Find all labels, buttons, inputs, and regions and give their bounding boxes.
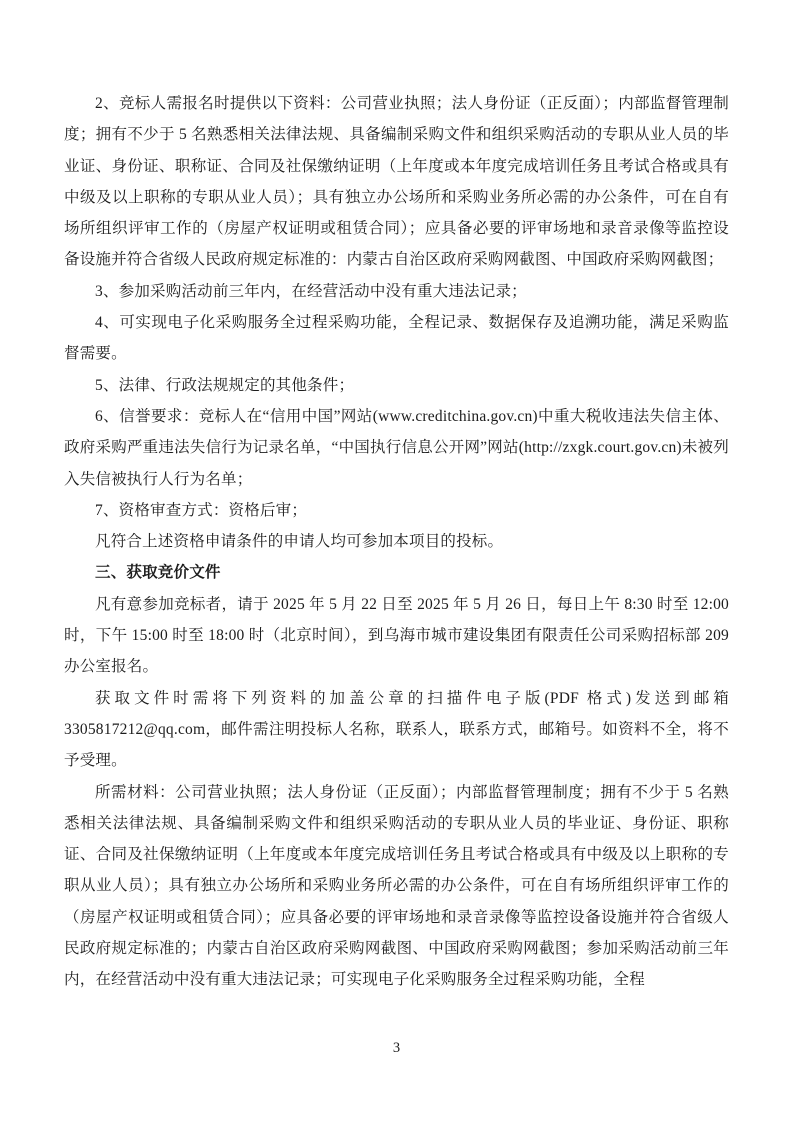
clause-2-bidder-registration-materials: 2、竞标人需报名时提供以下资料：公司营业执照；法人身份证（正反面）；内部监督管理…	[64, 88, 729, 276]
document-body: 2、竞标人需报名时提供以下资料：公司营业执照；法人身份证（正反面）；内部监督管理…	[64, 88, 729, 996]
registration-time-location-paragraph: 凡有意参加竞标者，请于 2025 年 5 月 22 日至 2025 年 5 月 …	[64, 589, 729, 683]
document-page: 2、竞标人需报名时提供以下资料：公司营业执照；法人身份证（正反面）；内部监督管理…	[0, 0, 793, 1122]
section-heading-obtain-bid-documents: 三、获取竞价文件	[64, 557, 729, 588]
clause-4-e-procurement-capability: 4、可实现电子化采购服务全过程采购功能，全程记录、数据保存及追溯功能，满足采购监…	[64, 307, 729, 370]
qualification-eligibility-note: 凡符合上述资格申请条件的申请人均可参加本项目的投标。	[64, 526, 729, 557]
page-number: 3	[0, 1038, 793, 1058]
required-materials-paragraph: 所需材料：公司营业执照；法人身份证（正反面）；内部监督管理制度；拥有不少于 5 …	[64, 777, 729, 996]
clause-5-other-legal-conditions: 5、法律、行政法规规定的其他条件；	[64, 370, 729, 401]
document-request-email-paragraph: 获取文件时需将下列资料的加盖公章的扫描件电子版(PDF 格式)发送到邮箱 330…	[64, 683, 729, 777]
clause-6-credit-requirements: 6、信誉要求：竞标人在“信用中国”网站(www.creditchina.gov.…	[64, 401, 729, 495]
clause-7-qualification-review-method: 7、资格审查方式：资格后审；	[64, 495, 729, 526]
clause-3-no-major-violations: 3、参加采购活动前三年内，在经营活动中没有重大违法记录；	[64, 276, 729, 307]
